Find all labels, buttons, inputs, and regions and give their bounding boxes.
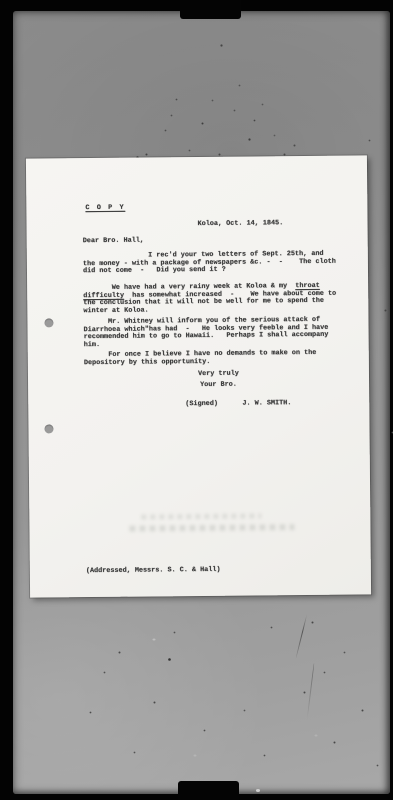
dust-specks-light: [13, 11, 15, 12]
closing-line: Very truly: [198, 371, 239, 379]
scratch-mark: [306, 663, 314, 721]
signoff-line: Your Bro.: [200, 382, 237, 390]
paragraph-4: For once I believe I have no demands to …: [84, 350, 317, 368]
copy-label: C O P Y: [85, 205, 125, 213]
addressed-line: (Addressed, Messrs. S. C. & Hall): [86, 567, 221, 576]
ink-bleed-ghost: [141, 513, 261, 519]
punch-hole-bottom: [44, 424, 53, 433]
salutation: Dear Bro. Hall,: [83, 238, 144, 246]
film-notch-bottom: [178, 781, 239, 800]
paragraph-3: Mr. Whitney will inform you of the serio…: [83, 317, 328, 350]
film-notch-top: [180, 0, 241, 19]
punch-hole-top: [44, 318, 53, 327]
scratch-mark: [295, 614, 307, 659]
signature-line: (Signed) J. W. SMITH.: [185, 400, 291, 409]
paragraph-2: We have had a very rainy week at Koloa &…: [83, 283, 336, 316]
ink-bleed-ghost: [129, 524, 294, 532]
letter-page: C O P Y Koloa, Oct. 14, 1845. Dear Bro. …: [26, 155, 371, 597]
paragraph-1: I rec'd your two letters of Sept. 25th, …: [83, 251, 336, 277]
microfilm-photo: C O P Y Koloa, Oct. 14, 1845. Dear Bro. …: [0, 0, 393, 800]
dateline: Koloa, Oct. 14, 1845.: [198, 220, 284, 229]
